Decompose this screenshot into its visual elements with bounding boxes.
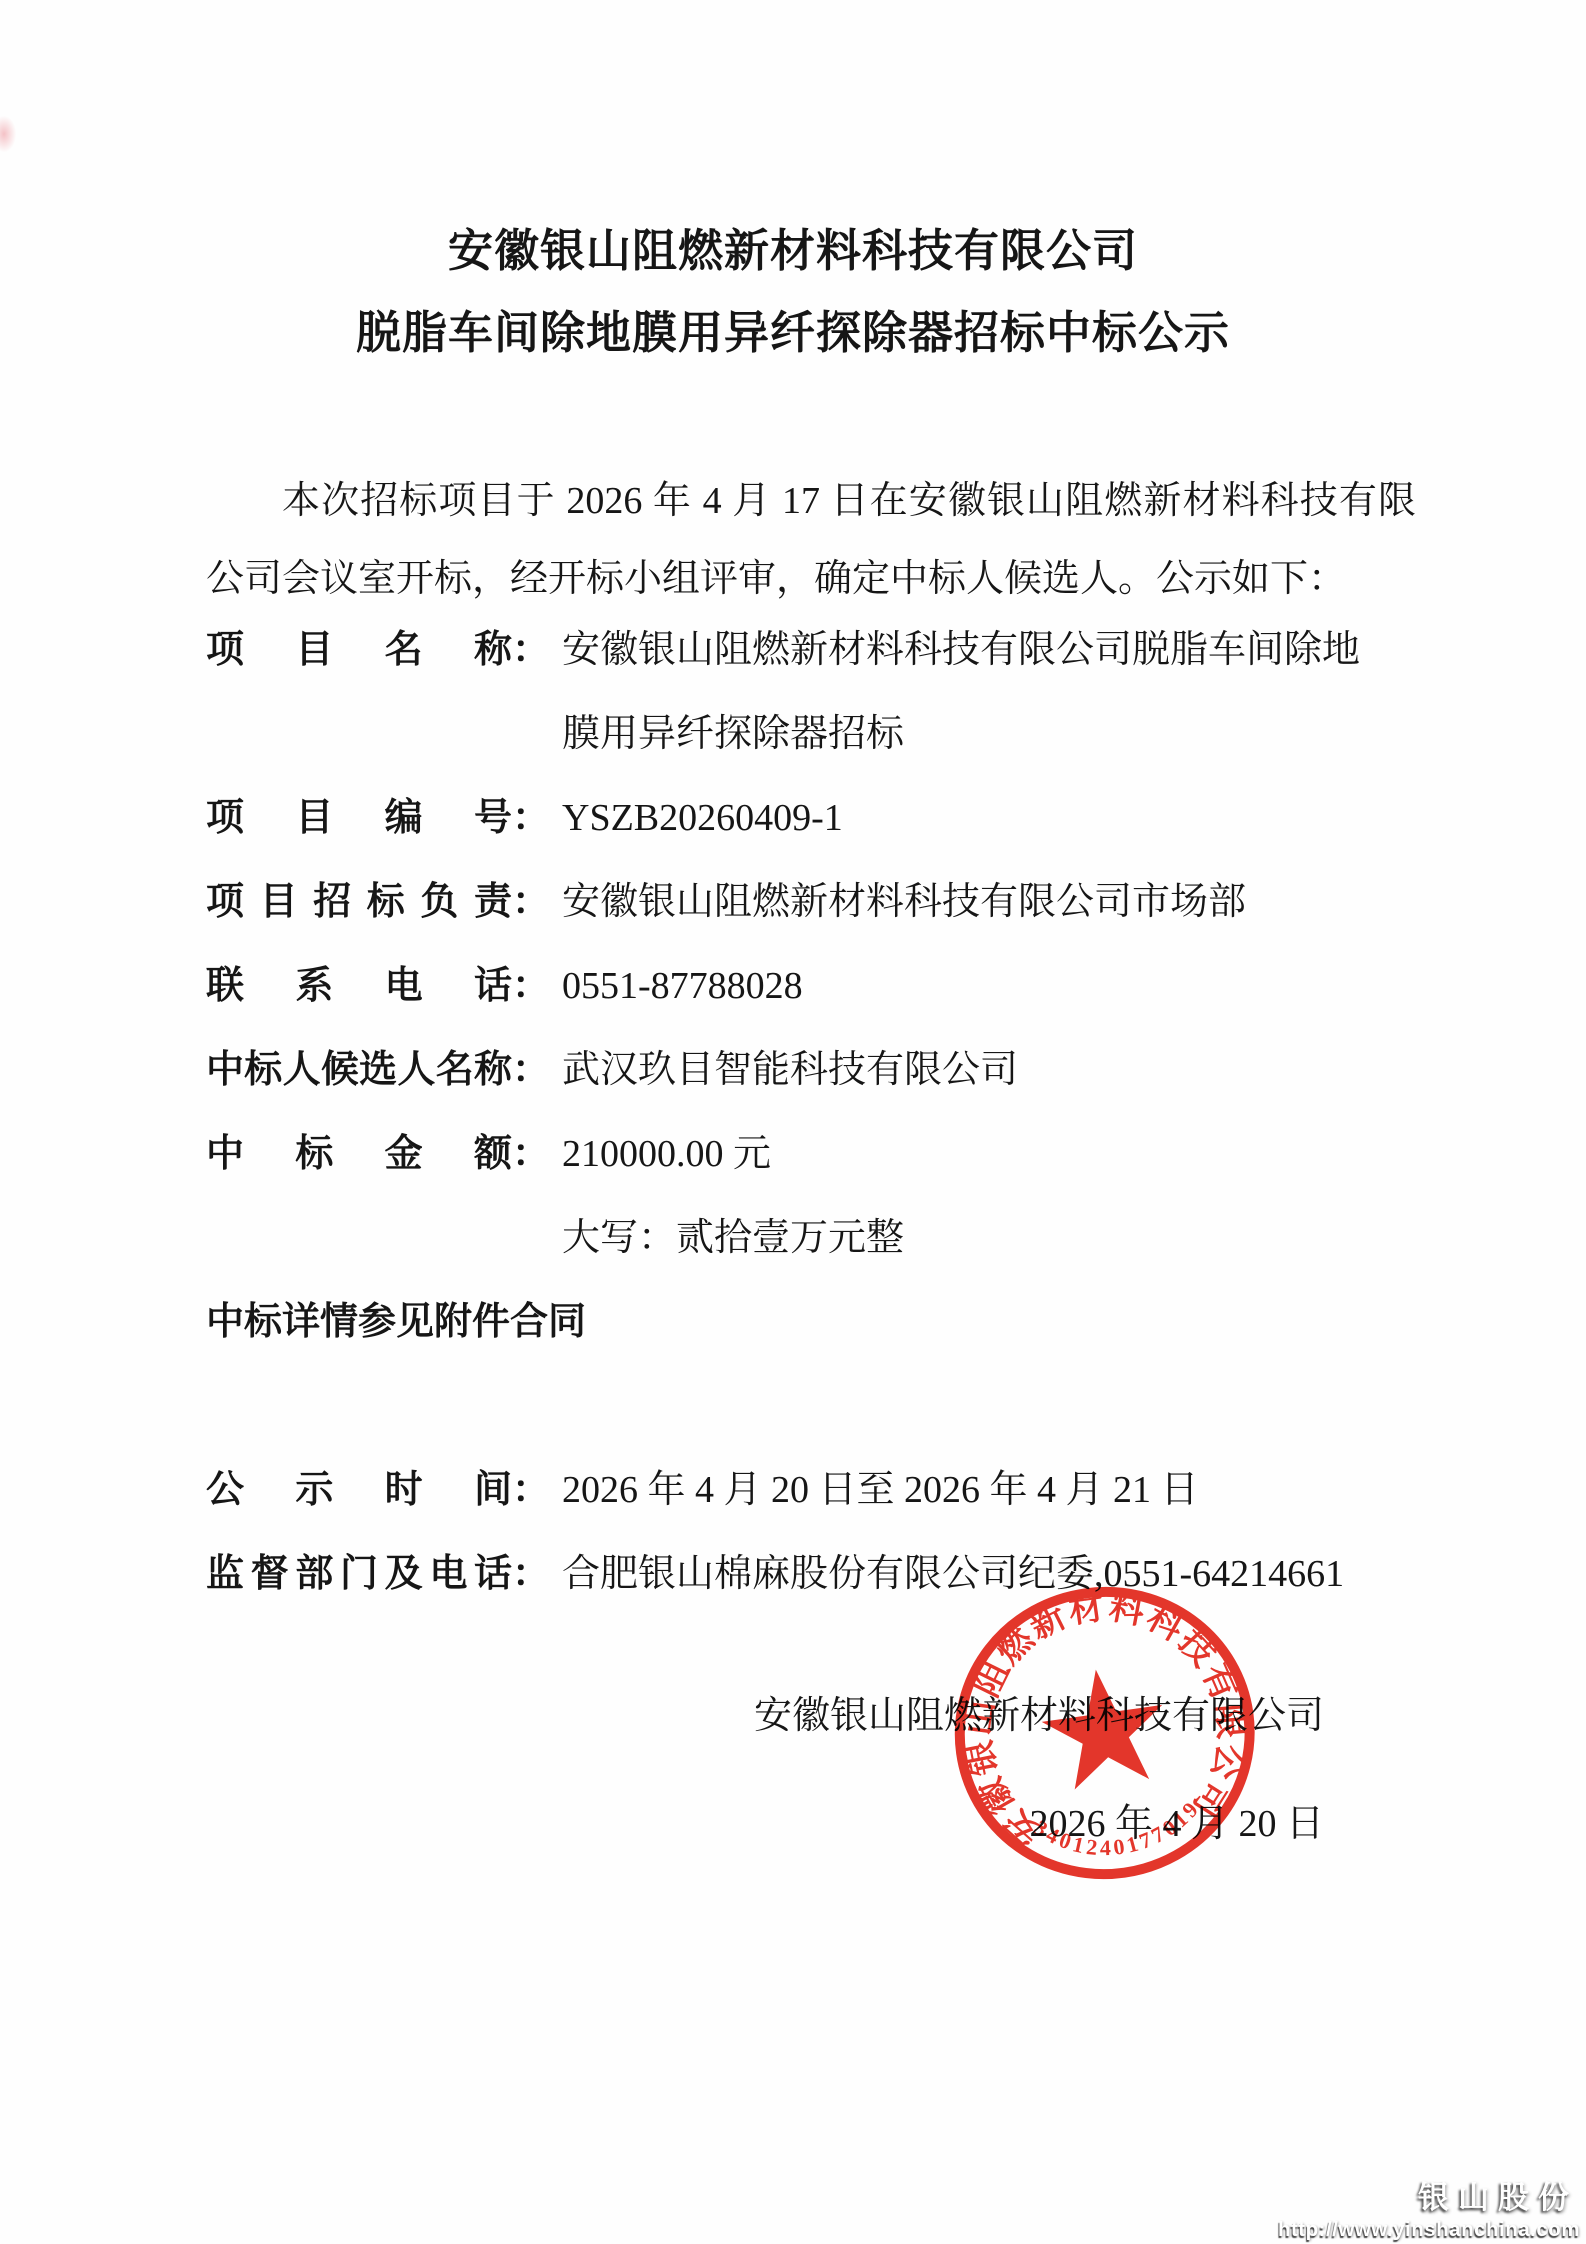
- field-value: 安徽银山阻燃新材料科技有限公司市场部: [562, 881, 1246, 923]
- field-label: 项目名称: [206, 608, 512, 692]
- seal-star-icon: [1036, 1661, 1173, 1793]
- scan-smudge: [0, 116, 16, 152]
- watermark-brand: 银山股份: [1278, 2172, 1578, 2217]
- field-colon: ：: [512, 860, 562, 944]
- contract-note-text: 中标详情参见附件合同: [206, 1301, 586, 1343]
- field-value: 安徽银山阻燃新材料科技有限公司脱脂车间除地膜用异纤探除器招标: [562, 629, 1360, 755]
- field-value: 210000.00 元: [562, 1133, 771, 1175]
- field-row-contract-note: 中标详情参见附件合同: [206, 1280, 1366, 1364]
- field-value: 2026 年 4 月 20 日至 2026 年 4 月 21 日: [562, 1469, 1199, 1511]
- field-label: 项目编号: [206, 776, 512, 860]
- field-label: 项目招标负责: [206, 860, 512, 944]
- field-value: 0551-87788028: [562, 965, 803, 1007]
- field-label: 联系电话: [206, 944, 512, 1028]
- field-value: 武汉玖目智能科技有限公司: [562, 1049, 1018, 1091]
- field-row-project-number: 项目编号：YSZB20260409-1: [206, 776, 1366, 860]
- title-line-1: 安徽银山阻燃新材料科技有限公司: [0, 210, 1586, 292]
- field-row-contact-phone: 联系电话：0551-87788028: [206, 944, 1366, 1028]
- svg-text:3401240177019: 3401240177019: [1027, 1792, 1210, 1871]
- document-page: 安徽银山阻燃新材料科技有限公司 脱脂车间除地膜用异纤探除器招标中标公示 本次招标…: [0, 0, 1586, 2244]
- field-colon: ：: [512, 944, 562, 1028]
- field-row-publicity-period: 公示时间：2026 年 4 月 20 日至 2026 年 4 月 21 日: [206, 1448, 1366, 1532]
- field-value: YSZB20260409-1: [562, 797, 843, 839]
- field-row-amount-in-words: 大写：贰拾壹万元整: [206, 1196, 1366, 1280]
- blank-line: [206, 1364, 1366, 1448]
- field-value: 大写：贰拾壹万元整: [562, 1217, 904, 1259]
- field-row-project-name: 项目名称：安徽银山阻燃新材料科技有限公司脱脂车间除地膜用异纤探除器招标: [206, 608, 1366, 776]
- document-title: 安徽银山阻燃新材料科技有限公司 脱脂车间除地膜用异纤探除器招标中标公示: [0, 210, 1586, 374]
- field-row-winning-amount: 中标金额：210000.00 元: [206, 1112, 1366, 1196]
- field-list: 项目名称：安徽银山阻燃新材料科技有限公司脱脂车间除地膜用异纤探除器招标 项目编号…: [206, 608, 1366, 1616]
- site-watermark: 银山股份 http://www.yinshanchina.com: [1278, 2172, 1580, 2242]
- field-colon: ：: [512, 1028, 562, 1112]
- field-colon: ：: [512, 776, 562, 860]
- field-label: 公示时间: [206, 1448, 512, 1532]
- field-row-tender-department: 项目招标负责：安徽银山阻燃新材料科技有限公司市场部: [206, 860, 1366, 944]
- official-seal: 安徽银山阻燃新材料科技有限公司 3401240177019: [928, 1563, 1281, 1908]
- field-label: 监督部门及电话: [206, 1532, 512, 1616]
- watermark-url: http://www.yinshanchina.com: [1278, 2218, 1580, 2242]
- field-colon: ：: [512, 1448, 562, 1532]
- title-line-2: 脱脂车间除地膜用异纤探除器招标中标公示: [0, 292, 1586, 374]
- field-label: 中标金额: [206, 1112, 512, 1196]
- field-colon: ：: [512, 1532, 562, 1616]
- field-row-winning-candidate: 中标人候选人名称：武汉玖目智能科技有限公司: [206, 1028, 1366, 1112]
- intro-paragraph: 本次招标项目于 2026 年 4 月 17 日在安徽银山阻燃新材料科技有限公司会…: [206, 462, 1416, 618]
- field-colon: ：: [512, 1112, 562, 1196]
- field-colon: ：: [512, 608, 562, 692]
- seal-code: 3401240177019: [1027, 1792, 1210, 1871]
- field-label: 中标人候选人名称: [206, 1028, 512, 1112]
